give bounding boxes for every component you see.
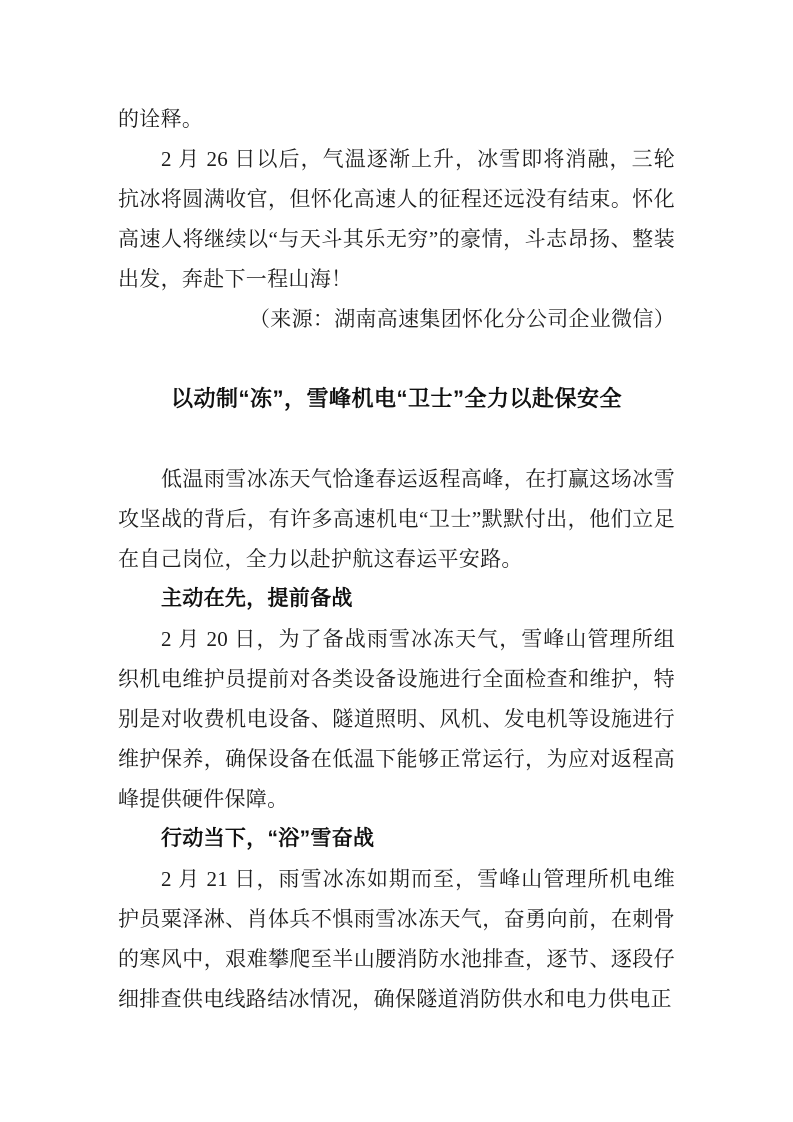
paragraph-feb20-preparation: 2 月 20 日，为了备战雨雪冰冻天气，雪峰山管理所组织机电维护员提前对各类设备…	[118, 619, 675, 819]
section-subheading-prepare: 主动在先，提前备战	[118, 579, 675, 619]
article-title: 以动制“冻”，雪峰机电“卫士”全力以赴保安全	[118, 379, 675, 419]
paragraph-continuation: 的诠释。	[118, 99, 675, 139]
paragraph-feb21-action: 2 月 21 日，雨雪冰冻如期而至，雪峰山管理所机电维护员粟泽淋、肖体兵不惧雨雪…	[118, 859, 675, 1019]
source-attribution: （来源：湖南高速集团怀化分公司企业微信）	[118, 299, 675, 339]
paragraph-intro: 低温雨雪冰冻天气恰逢春运返程高峰，在打赢这场冰雪攻坚战的背后，有许多高速机电“卫…	[118, 459, 675, 579]
document-page: 的诠释。 2 月 26 日以后，气温逐渐上升，冰雪即将消融，三轮抗冰将圆满收官，…	[0, 0, 793, 1122]
paragraph-feb26-outlook: 2 月 26 日以后，气温逐渐上升，冰雪即将消融，三轮抗冰将圆满收官，但怀化高速…	[118, 139, 675, 299]
section-subheading-action: 行动当下，“浴”雪奋战	[118, 819, 675, 859]
